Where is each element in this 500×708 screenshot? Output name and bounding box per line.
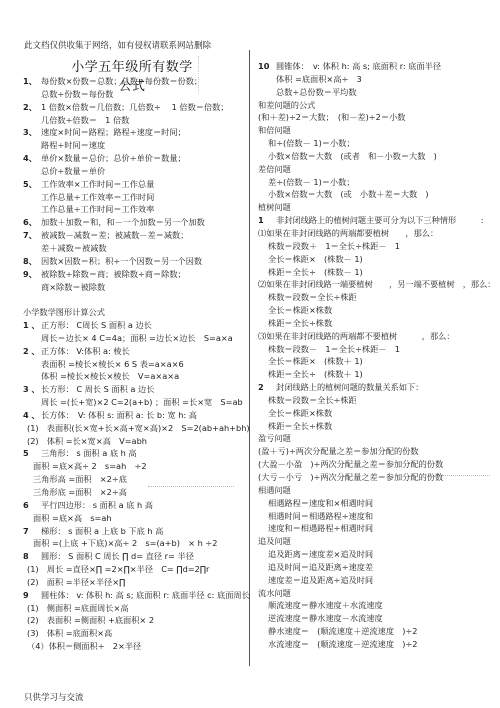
formula-text: 长方形： C 周长 S 面积 a 边长 — [41, 384, 154, 394]
footer-text: 只供学习与交流 — [24, 691, 84, 703]
formula-text: 差倍问题 — [258, 164, 291, 174]
formula-line: 工作总量÷工作时间＝工作效率 — [23, 203, 250, 216]
formula-line: 株数＝段数＋ 1＝全长÷株距－ 1 — [258, 240, 495, 253]
formula-text: (大盈－小盈 )÷两次分配量之差＝参加分配的份数 — [258, 459, 443, 469]
item-number: 1、 — [23, 75, 41, 88]
formula-line: 面积 =底×高 s=ah — [23, 512, 250, 525]
copyright-notice: 此文档仅供收集于网络，如有侵权请联系网站删除 — [24, 39, 211, 51]
item-number: 5 — [23, 447, 41, 460]
formula-line: (1) 表面积(长×宽+长×高+宽×高)×2 S=2(ab+ah+bh) — [23, 422, 250, 435]
formula-line: 株数＝段数＝全长÷株距 — [258, 291, 495, 304]
item-number: 8、 — [23, 255, 41, 268]
item-number: 6、 — [23, 216, 41, 229]
formula-text: 相遇路程＝速度和×相遇时间 — [268, 498, 373, 508]
formula-text: 全长＝株距× (株数－ 1) — [268, 254, 363, 264]
item-number: 9 — [23, 589, 41, 602]
formula-text: 工作效率×工作时间＝工作总量 — [41, 179, 154, 189]
formula-line: 5三角形： s 面积 a 底 h 高 — [23, 447, 250, 460]
formula-text: 梯形： s 面积 a 上底 b 下底 h 高 — [41, 526, 163, 536]
formula-text: 株数＝段数＝全长÷株距 — [268, 292, 357, 302]
formula-line: 株距＝全长÷ (株数－ 1) — [258, 266, 495, 279]
formula-line: 全长＝株距× (株数＋ 1) — [258, 355, 495, 368]
formula-line: 2、1 倍数×倍数＝几倍数；几倍数÷ 1 倍数＝倍数； — [23, 101, 250, 114]
formula-text: 三角形高 =面积 ×2÷底 — [33, 474, 127, 484]
formula-text: 株距＝全长÷ (株数－ 1) — [268, 267, 363, 277]
formula-text: 总价÷数量＝单价 — [41, 166, 105, 176]
formula-line: （4）体积＝侧面积÷ 2×半径 — [23, 640, 250, 653]
formula-text: 相遇问题 — [258, 485, 291, 495]
formula-line: 全长＝株距×株数 — [258, 304, 495, 317]
formula-line: 全长＝株距× (株数－ 1) — [258, 253, 495, 266]
formula-text: 每份数×份数＝总数；总数÷每份数＝份数； — [41, 76, 202, 86]
formula-text: 体积 =底面积×高÷ 3 — [276, 74, 362, 84]
formula-line: 和倍问题 — [258, 124, 495, 137]
formula-line: (3) 体积 =底面积×高 — [23, 627, 250, 640]
formula-text: 平行四边形： s 面积 a 底 h 高 — [41, 500, 153, 510]
formula-text: 水流速度＝ (顺流速度－逆流速度 )÷2 — [268, 639, 417, 649]
formula-line: 盈亏问题 — [258, 432, 495, 445]
formula-text: 被减数－减数＝差；被减数－差＝减数； — [41, 230, 188, 240]
formula-line: ⑵如果在非封闭线路一端要植树 ，另一端不要植树 ，那么： — [258, 278, 495, 291]
formula-text: (2) 面积 =半径×半径×∏ — [27, 577, 125, 587]
formula-line: 3 、长方形： C 周长 S 面积 a 边长 — [23, 383, 250, 396]
formula-line: 路程÷时间＝速度 — [23, 139, 250, 152]
formula-line: (大亏－小亏 )÷两次分配量之差＝参加分配的份数 — [258, 471, 495, 484]
formula-line: 7梯形： s 面积 a 上底 b 下底 h 高 — [23, 525, 250, 538]
formula-text: 三角形： s 面积 a 底 h 高 — [41, 448, 137, 458]
formula-line: (2) 表面积 =侧面积 +底面积× 2 — [23, 614, 250, 627]
formula-line: 周长＝边长× 4 C=4a；面积 =边长×边长 S=a×a — [23, 332, 250, 345]
formula-line: 差＋减数＝被减数 — [23, 242, 250, 255]
formula-line: 植树问题 — [258, 201, 495, 214]
formula-line: 水流速度＝ (顺流速度－逆流速度 )÷2 — [258, 638, 495, 651]
formula-line: 速度差＝追及距离÷追及时间 — [258, 574, 495, 587]
formula-line: 商×除数＝被除数 — [23, 281, 250, 294]
formula-line: 相遇问题 — [258, 484, 495, 497]
formula-line: 4 、长方体： V: 体积 s: 面积 a: 长 b: 宽 h: 高 — [23, 409, 250, 422]
formula-line: 和差问题的公式 — [258, 99, 495, 112]
formula-text: 面积 =底×高÷ 2 s=ah ÷2 — [33, 461, 147, 471]
formula-text: 株距＝全长÷ (株数＋ 1) — [268, 369, 363, 379]
formula-text: (和＋差)÷2＝大数； (和－差)÷2＝小数 — [258, 112, 405, 122]
formula-line: ⑶如果在非封闭线路的两端都不要植树 ，那么： — [258, 330, 495, 343]
formula-text: 路程÷时间＝速度 — [41, 140, 105, 150]
formula-text: 株数＝段数＋ 1＝全长÷株距－ 1 — [268, 241, 400, 251]
right-column: 10圆锥体： v: 体积 h: 高 s; 底面积 r: 底面半径体积 =底面积×… — [258, 60, 495, 651]
formula-line: 相遇路程＝速度和×相遇时间 — [258, 497, 495, 510]
formula-line: 三角形底 =面积 ×2÷高 — [23, 486, 250, 499]
formula-text: 加数＋加数＝和，和－一个加数＝另一个加数 — [41, 217, 205, 227]
item-number: 3 、 — [23, 383, 41, 396]
item-number: 5、 — [23, 178, 41, 191]
formula-line: 面积 =底×高÷ 2 s=ah ÷2 — [23, 460, 250, 473]
formula-line: 株数＝段数－ 1＝全长÷株距－ 1 — [258, 343, 495, 356]
formula-text: 工作总量÷工作效率＝工作时间 — [41, 192, 154, 202]
formula-text: 表面积 =棱长×棱长× 6 S 表=a×a×6 — [41, 359, 184, 369]
formula-text: ⑴如果在非封闭线路的两端都要植树 ，那么： — [258, 228, 438, 238]
formula-text: (3) 体积 =底面积×高 — [27, 628, 112, 638]
formula-text: 全长＝株距× (株数＋ 1) — [268, 356, 363, 366]
formula-text: 全长＝株距×株数 — [268, 305, 332, 315]
formula-text: 小数×倍数＝大数 (或者 和－小数＝大数 ) — [268, 151, 437, 161]
formula-text: 总数÷总份数＝平均数 — [276, 87, 357, 97]
formula-text: 追及距离＝速度差×追及时间 — [268, 549, 373, 559]
formula-line: 工作总量÷工作效率＝工作时间 — [23, 191, 250, 204]
formula-text: (2) 体积 =长×宽×高 V=abh — [27, 436, 147, 446]
formula-text: 流水问题 — [258, 588, 291, 598]
formula-text: （4）体积＝侧面积÷ 2×半径 — [27, 641, 141, 651]
item-number: 1 、 — [23, 319, 41, 332]
formula-text: 被除数÷除数＝商；被除数÷商＝除数； — [41, 269, 186, 279]
formula-text: 非封闭线路上的植树问题主要可分为以下三种情形 : — [276, 215, 483, 225]
formula-text: 圆柱体： v: 体积 h: 高 s; 底面积 r: 底面半径 c: 底面周长 — [41, 590, 250, 600]
formula-line: 几倍数÷倍数＝ 1 倍数 — [23, 114, 250, 127]
formula-line: 和÷(倍数－ 1)＝小数； — [258, 137, 495, 150]
formula-line: 株距＝全长÷ (株数＋ 1) — [258, 368, 495, 381]
formula-text: ⑵如果在非封闭线路一端要植树 ，另一端不要植树 ，那么： — [258, 279, 495, 289]
formula-line: 总数÷总份数＝平均数 — [258, 86, 495, 99]
formula-text: 商×除数＝被除数 — [41, 282, 105, 292]
formula-text: 株数＝段数－ 1＝全长÷株距－ 1 — [268, 344, 400, 354]
formula-line: 1、每份数×份数＝总数；总数÷每份数＝份数； — [23, 75, 250, 88]
formula-text: 顺流速度＝静水速度＋水流速度 — [268, 600, 383, 610]
formula-text: 正方形： C周长 S 面积 a 边长 — [41, 320, 152, 330]
formula-text: 圆锥体： v: 体积 h: 高 s; 底面积 r: 底面半径 — [276, 61, 441, 71]
formula-text: 追及问题 — [258, 536, 291, 546]
formula-line: 体积 =底面积×高÷ 3 — [258, 73, 495, 86]
item-number: 4、 — [23, 152, 41, 165]
item-number: 2 、 — [23, 345, 41, 358]
formula-line: 追及距离＝速度差×追及时间 — [258, 548, 495, 561]
formula-line: 6、加数＋加数＝和，和－一个加数＝另一个加数 — [23, 216, 250, 229]
formula-line: (1) 周长 =直径×∏ =2×∏×半径 C= ∏d=2∏r — [23, 563, 250, 576]
formula-text: 追及时间＝追及距离÷速度差 — [268, 562, 373, 572]
item-number: 3、 — [23, 126, 41, 139]
formula-text: 差÷(倍数－ 1)＝小数； — [268, 177, 355, 187]
formula-text: 总数÷份数＝每份数 — [41, 89, 113, 99]
formula-text: (盈＋亏)÷两次分配量之差＝参加分配的份数 — [258, 446, 419, 456]
item-number: 4 、 — [23, 409, 41, 422]
formula-line: 1非封闭线路上的植树问题主要可分为以下三种情形 : — [258, 214, 495, 227]
formula-text: (2) 表面积 =侧面积 +底面积× 2 — [27, 615, 154, 625]
formula-line: 表面积 =棱长×棱长× 6 S 表=a×a×6 — [23, 358, 250, 371]
formula-line: 株数＝段数＝全长÷株距 — [258, 394, 495, 407]
formula-line: 5、工作效率×工作时间＝工作总量 — [23, 178, 250, 191]
formula-text: 面积 =(上底 +下底)×高÷ 2 s=(a+b) × h ÷2 — [33, 538, 217, 548]
formula-line: (1) 侧面积 =底面周长×高 — [23, 602, 250, 615]
formula-line: 总价÷数量＝单价 — [23, 165, 250, 178]
formula-line: (2) 面积 =半径×半径×∏ — [23, 576, 250, 589]
formula-text: 长方体： V: 体积 s: 面积 a: 长 b: 宽 h: 高 — [41, 410, 197, 420]
formula-text: 株数＝段数＝全长÷株距 — [268, 395, 357, 405]
left-column: 1、每份数×份数＝总数；总数÷每份数＝份数；总数÷份数＝每份数2、1 倍数×倍数… — [23, 75, 250, 653]
formula-line: 总数÷份数＝每份数 — [23, 88, 250, 101]
formula-text: 株距＝全长÷株数 — [268, 318, 332, 328]
formula-text: 体积 =棱长×棱长×棱长 V=a×a×a — [41, 371, 179, 381]
formula-line: 2封闭线路上的植树问题的数量关系如下： — [258, 381, 495, 394]
formula-text: 三角形底 =面积 ×2÷高 — [33, 487, 127, 497]
item-number: 7 — [23, 525, 41, 538]
formula-text: 周长 =(长+宽)×2 C=2(a+b) ；面积 =长×宽 S=ab — [41, 397, 243, 407]
formula-text: 工作总量÷工作时间＝工作效率 — [41, 204, 154, 214]
formula-line: 9圆柱体： v: 体积 h: 高 s; 底面积 r: 底面半径 c: 底面周长 — [23, 589, 250, 602]
formula-line: 株距＝全长÷株数 — [258, 420, 495, 433]
formula-line: 小数×倍数＝大数 (或者 和－小数＝大数 ) — [258, 150, 495, 163]
formula-text: 正方体： V:体积 a: 棱长 — [41, 346, 130, 356]
formula-text: 静水速度＝ (顺流速度＋逆流速度 )÷2 — [268, 626, 417, 636]
formula-text: 封闭线路上的植树问题的数量关系如下： — [276, 382, 423, 392]
formula-text: 面积 =底×高 s=ah — [33, 513, 112, 523]
formula-line: 10圆锥体： v: 体积 h: 高 s; 底面积 r: 底面半径 — [258, 60, 495, 73]
formula-text: (1) 周长 =直径×∏ =2×∏×半径 C= ∏d=2∏r — [27, 564, 209, 574]
item-number: 10 — [258, 60, 276, 73]
formula-line: 7、被减数－减数＝差；被减数－差＝减数； — [23, 229, 250, 242]
formula-text: 圆形： S 面积 C 周长 ∏ d= 直径 r= 半径 — [41, 551, 194, 561]
formula-line: 全长＝株距×株数 — [258, 407, 495, 420]
formula-text: 植树问题 — [258, 202, 291, 212]
formula-line: 小学数学图形计算公式 — [23, 306, 250, 319]
formula-text: 和差问题的公式 — [258, 100, 315, 110]
formula-line: 顺流速度＝静水速度＋水流速度 — [258, 599, 495, 612]
formula-line: 小数×倍数＝大数 (或 小数＋差＝大数 ) — [258, 188, 495, 201]
formula-line: 三角形高 =面积 ×2÷底 — [23, 473, 250, 486]
formula-text: 盈亏问题 — [258, 433, 291, 443]
formula-line: 追及问题 — [258, 535, 495, 548]
blank-line — [23, 293, 250, 306]
formula-text: (1) 表面积(长×宽+长×高+宽×高)×2 S=2(ab+ah+bh) — [27, 423, 250, 433]
formula-text: 周长＝边长× 4 C=4a；面积 =边长×边长 S=a×a — [41, 333, 233, 343]
formula-text: 差＋减数＝被减数 — [41, 243, 107, 253]
formula-line: (大盈－小盈 )÷两次分配量之差＝参加分配的份数 — [258, 458, 495, 471]
formula-line: 体积 =棱长×棱长×棱长 V=a×a×a — [23, 370, 250, 383]
formula-line: 周长 =(长+宽)×2 C=2(a+b) ；面积 =长×宽 S=ab — [23, 396, 250, 409]
formula-line: 追及时间＝追及距离÷速度差 — [258, 561, 495, 574]
formula-line: 4、单价×数量＝总价；总价÷单价＝数量； — [23, 152, 250, 165]
formula-line: 6平行四边形： s 面积 a 底 h 高 — [23, 499, 250, 512]
formula-text: 逆流速度＝静水速度－水流速度 — [268, 613, 383, 623]
formula-line: ⑴如果在非封闭线路的两端都要植树 ，那么： — [258, 227, 495, 240]
formula-line: 8、因数×因数＝积；积÷一个因数＝另一个因数 — [23, 255, 250, 268]
formula-text: 小数×倍数＝大数 (或 小数＋差＝大数 ) — [268, 189, 429, 199]
formula-text: 单价×数量＝总价；总价÷单价＝数量； — [41, 153, 186, 163]
formula-text: 株距＝全长÷株数 — [268, 421, 332, 431]
formula-line: 2 、正方体： V:体积 a: 棱长 — [23, 345, 250, 358]
item-number: 9、 — [23, 268, 41, 281]
formula-text: 全长＝株距×株数 — [268, 408, 332, 418]
formula-line: 株距＝全长÷株数 — [258, 317, 495, 330]
item-number: 7、 — [23, 229, 41, 242]
formula-text: 速度×时间＝路程；路程÷速度＝时间； — [41, 127, 186, 137]
formula-line: (盈＋亏)÷两次分配量之差＝参加分配的份数 — [258, 445, 495, 458]
formula-text: 小学数学图形计算公式 — [23, 307, 105, 317]
item-number: 6 — [23, 499, 41, 512]
formula-text: 速度差＝追及距离÷追及时间 — [268, 575, 373, 585]
formula-line: (和＋差)÷2＝大数； (和－差)÷2＝小数 — [258, 111, 495, 124]
formula-line: 差倍问题 — [258, 163, 495, 176]
formula-line: 面积 =(上底 +下底)×高÷ 2 s=(a+b) × h ÷2 — [23, 537, 250, 550]
formula-line: (2) 体积 =长×宽×高 V=abh — [23, 435, 250, 448]
formula-line: 差÷(倍数－ 1)＝小数； — [258, 176, 495, 189]
formula-line: 静水速度＝ (顺流速度＋逆流速度 )÷2 — [258, 625, 495, 638]
formula-text: ⑶如果在非封闭线路的两端都不要植树 ，那么： — [258, 331, 455, 341]
formula-text: 和倍问题 — [258, 125, 291, 135]
formula-line: 逆流速度＝静水速度－水流速度 — [258, 612, 495, 625]
formula-line: 9、被除数÷除数＝商；被除数÷商＝除数； — [23, 268, 250, 281]
formula-line: 8圆形： S 面积 C 周长 ∏ d= 直径 r= 半径 — [23, 550, 250, 563]
formula-line: 相遇时间＝相遇路程÷速度和 — [258, 510, 495, 523]
formula-text: 和÷(倍数－ 1)＝小数； — [268, 138, 355, 148]
item-number: 8 — [23, 550, 41, 563]
formula-text: (1) 侧面积 =底面周长×高 — [27, 603, 129, 613]
formula-text: 因数×因数＝积；积÷一个因数＝另一个因数 — [41, 256, 202, 266]
formula-line: 速度和＝相遇路程÷相遇时间 — [258, 522, 495, 535]
formula-line: 3、速度×时间＝路程；路程÷速度＝时间； — [23, 126, 250, 139]
item-number: 2 — [258, 381, 276, 394]
item-number: 2、 — [23, 101, 41, 114]
formula-line: 流水问题 — [258, 587, 495, 600]
formula-text: 相遇时间＝相遇路程÷速度和 — [268, 511, 373, 521]
formula-text: 几倍数÷倍数＝ 1 倍数 — [41, 115, 129, 125]
item-number: 1 — [258, 214, 276, 227]
formula-line: 1 、正方形： C周长 S 面积 a 边长 — [23, 319, 250, 332]
formula-text: (大亏－小亏 )÷两次分配量之差＝参加分配的份数 — [258, 472, 443, 482]
formula-text: 1 倍数×倍数＝几倍数；几倍数÷ 1 倍数＝倍数； — [41, 102, 229, 112]
formula-text: 速度和＝相遇路程÷相遇时间 — [268, 523, 373, 533]
